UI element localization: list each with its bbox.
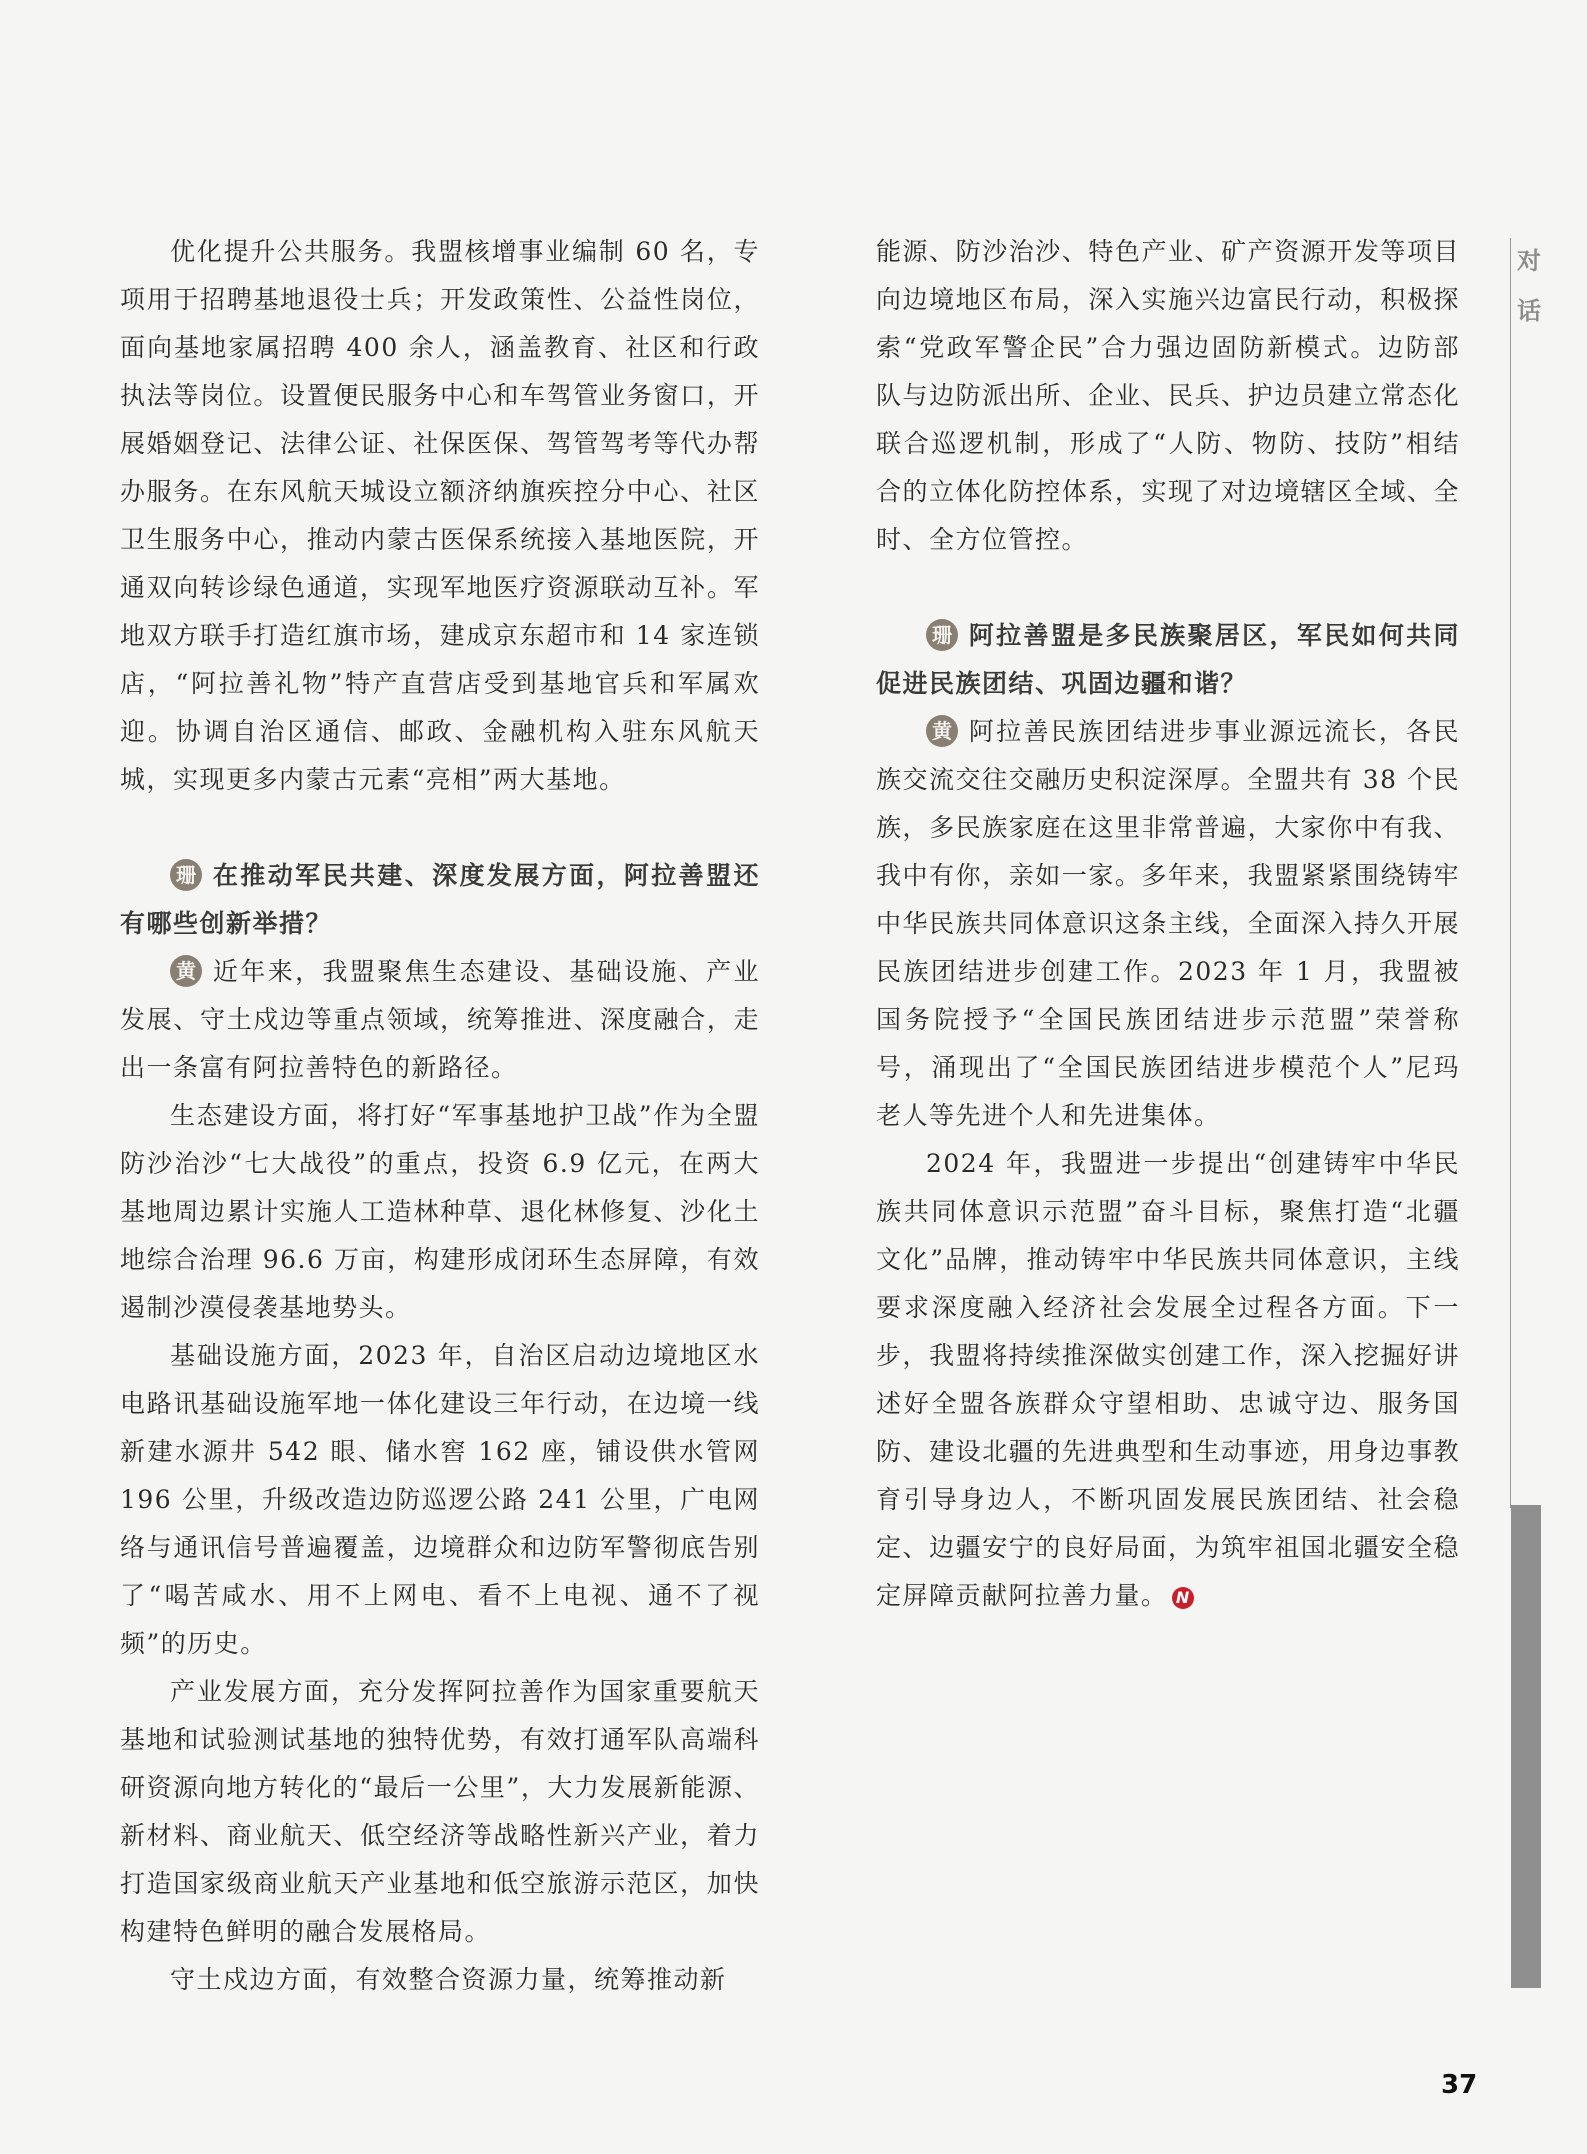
interviewee-badge: 黄 (926, 715, 958, 747)
paragraph-ecology: 生态建设方面，将打好“军事基地护卫战”作为全盟防沙治沙“七大战役”的重点，投资 … (120, 1092, 760, 1332)
answer-ethnic-unity: 黄阿拉善民族团结进步事业源远流长，各民族交流交往交融历史积淀深厚。全盟共有 38… (876, 708, 1460, 1140)
paragraph-industry: 产业发展方面，充分发挥阿拉善作为国家重要航天基地和试验测试基地的独特优势，有效打… (120, 1668, 760, 1956)
paragraph-infrastructure: 基础设施方面，2023 年，自治区启动边境地区水电路讯基础设施军地一体化建设三年… (120, 1332, 760, 1668)
paragraph-border-defense: 守土戍边方面，有效整合资源力量，统筹推动新 (120, 1956, 760, 2004)
answer-innovation: 黄近年来，我盟聚焦生态建设、基础设施、产业发展、守土戍边等重点领域，统筹推进、深… (120, 948, 760, 1092)
question-ethnic-unity: 珊阿拉善盟是多民族聚居区，军民如何共同促进民族团结、巩固边疆和谐？ (876, 612, 1460, 708)
interviewer-badge: 珊 (926, 619, 958, 651)
paragraph-public-services: 优化提升公共服务。我盟核增事业编制 60 名，专项用于招聘基地退役士兵；开发政策… (120, 228, 760, 804)
question-innovation: 珊在推动军民共建、深度发展方面，阿拉善盟还有哪些创新举措？ (120, 852, 760, 948)
section-tab-char: 对 (1514, 236, 1544, 286)
question-text: 阿拉善盟是多民族聚居区，军民如何共同促进民族团结、巩固边疆和谐？ (876, 621, 1460, 698)
paragraph-border-defense-cont: 能源、防沙治沙、特色产业、矿产资源开发等项目向边境地区布局，深入实施兴边富民行动… (876, 228, 1460, 564)
section-tab-char: 话 (1514, 286, 1544, 336)
spacer (876, 564, 1460, 612)
paragraph-text: 2024 年，我盟进一步提出“创建铸牢中华民族共同体意识示范盟”奋斗目标，聚焦打… (876, 1149, 1460, 1610)
question-text: 在推动军民共建、深度发展方面，阿拉善盟还有哪些创新举措？ (120, 861, 760, 938)
section-divider-line (1510, 238, 1511, 1508)
paragraph-2024-goals: 2024 年，我盟进一步提出“创建铸牢中华民族共同体意识示范盟”奋斗目标，聚焦打… (876, 1140, 1460, 1620)
section-tab: 对 话 (1514, 236, 1544, 336)
page-number: 37 (1441, 2070, 1477, 2100)
answer-text: 近年来，我盟聚焦生态建设、基础设施、产业发展、守土戍边等重点领域，统筹推进、深度… (120, 957, 760, 1082)
answer-text: 阿拉善民族团结进步事业源远流长，各民族交流交往交融历史积淀深厚。全盟共有 38 … (876, 717, 1460, 1130)
interviewer-badge: 珊 (170, 859, 202, 891)
interviewee-badge: 黄 (170, 955, 202, 987)
spacer (120, 804, 760, 852)
section-marker-bar (1511, 1505, 1541, 1988)
end-of-article-icon: N (1172, 1587, 1194, 1609)
right-column: 能源、防沙治沙、特色产业、矿产资源开发等项目向边境地区布局，深入实施兴边富民行动… (876, 228, 1460, 1620)
left-column: 优化提升公共服务。我盟核增事业编制 60 名，专项用于招聘基地退役士兵；开发政策… (120, 228, 760, 2004)
